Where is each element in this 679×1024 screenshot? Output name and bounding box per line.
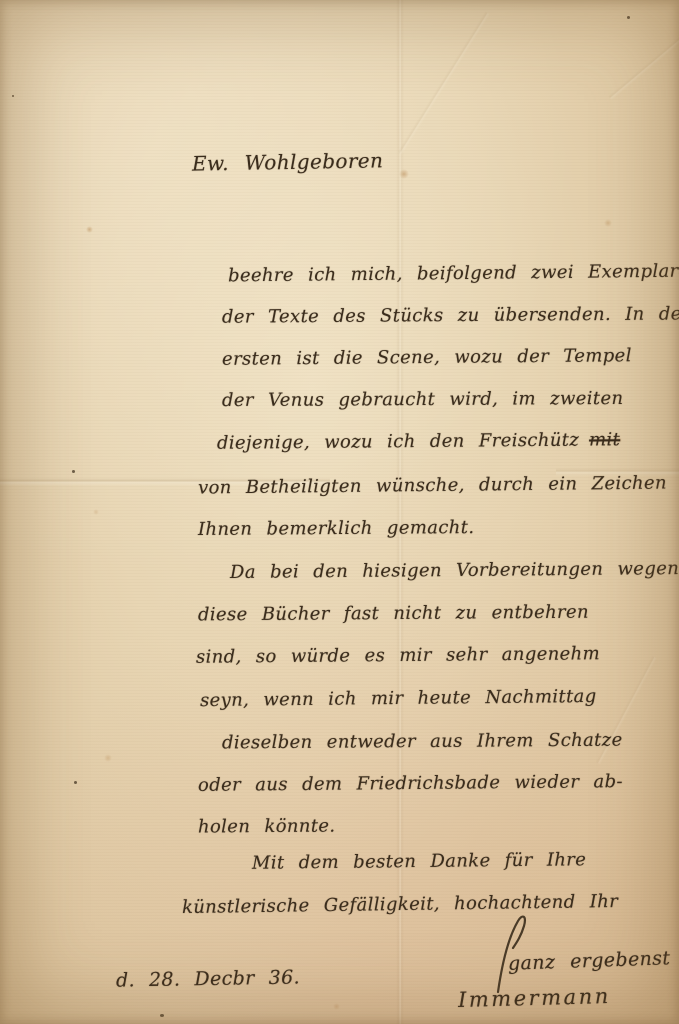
ink-speck [160,1014,164,1017]
body-line: der Texte des Stücks zu übersenden. In d… [222,305,679,326]
ink-speck [627,16,630,19]
foxing-spot [104,754,112,762]
body-line: holen könnte. [198,818,336,837]
body-line: beehre ich mich, beifolgend zwei Exempla… [228,263,679,286]
body-line: der Venus gebraucht wird, im zweiten [222,390,624,410]
date-line: d. 28. Decbr 36. [116,968,300,990]
body-line: dieselben entweder aus Ihrem Schatze [222,732,623,753]
body-line: diejenige, wozu ich den Freischütz [217,430,579,454]
struck-word: mit [589,429,620,450]
foxing-spot [86,226,93,233]
signature: Immermann [458,986,611,1011]
body-line: sind, so würde es mir sehr angenehm [196,645,600,667]
foxing-spot [333,1003,340,1010]
body-line: Ihnen bemerklich gemacht. [198,519,475,539]
foxing-spot [399,169,409,179]
body-line: oder aus dem Friedrichsbade wieder ab- [198,773,623,795]
letter-page: Ew. Wohlgeboren beehre ich mich, beifolg… [0,0,679,1024]
body-line: von Betheiligten wünsche, durch ein Zeic… [198,475,667,498]
diagonal-crease-top-center [397,11,490,154]
body-line: ersten ist die Scene, wozu der Tempel [222,347,632,369]
closing-line: ganz ergebenst [508,949,671,974]
diagonal-crease-top-right [608,35,679,101]
ink-speck [72,470,75,473]
ink-speck [12,95,14,97]
body-line: Mit dem besten Danke für Ihre [252,851,586,872]
body-line: künstlerische Gefälligkeit, hochachtend … [182,893,618,917]
body-line: Da bei den hiesigen Vorbereitungen wegen [230,560,679,582]
salutation: Ew. Wohlgeboren [192,150,384,173]
body-line: seyn, wenn ich mir heute Nachmittag [200,688,597,710]
foxing-spot [604,219,612,227]
foxing-spot [93,509,99,515]
body-line: diese Bücher fast nicht zu entbehren [198,604,589,625]
body-line-with-strikeout: diejenige, wozu ich den Freischützmit [217,431,620,453]
ink-speck [74,781,77,784]
